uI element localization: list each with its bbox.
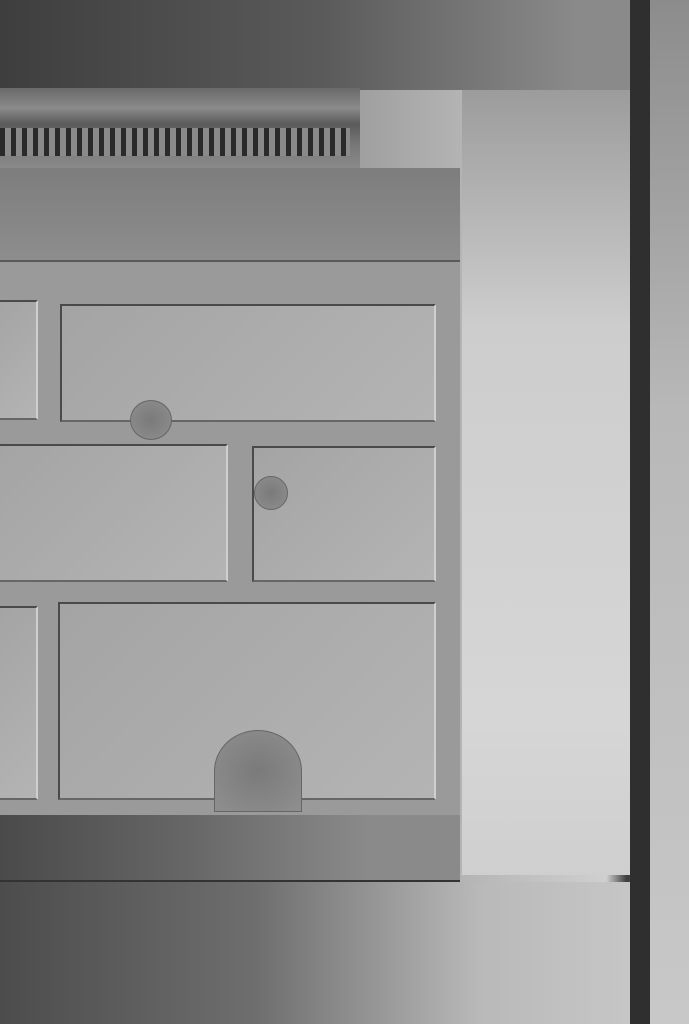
plaster-patch: [254, 476, 288, 510]
frieze-band: [0, 168, 460, 263]
pilaster-shadow: [630, 0, 650, 1024]
stucco-panel: [0, 300, 38, 420]
plaster-patch: [130, 400, 172, 440]
upper-wall: [0, 0, 640, 90]
panel-field: [0, 262, 460, 817]
stucco-panel: [60, 304, 436, 422]
rough-plaster-base: [0, 882, 640, 1024]
stucco-panel: [252, 446, 436, 582]
pilaster: [650, 0, 689, 1024]
wall-photograph: [0, 0, 689, 1024]
dentil-moulding: [0, 128, 350, 156]
plain-plaster-wall: [462, 90, 638, 875]
dado-band: [0, 815, 460, 882]
stucco-panel: [0, 444, 228, 582]
stucco-panel: [0, 606, 38, 800]
plaster-patch: [214, 730, 302, 812]
